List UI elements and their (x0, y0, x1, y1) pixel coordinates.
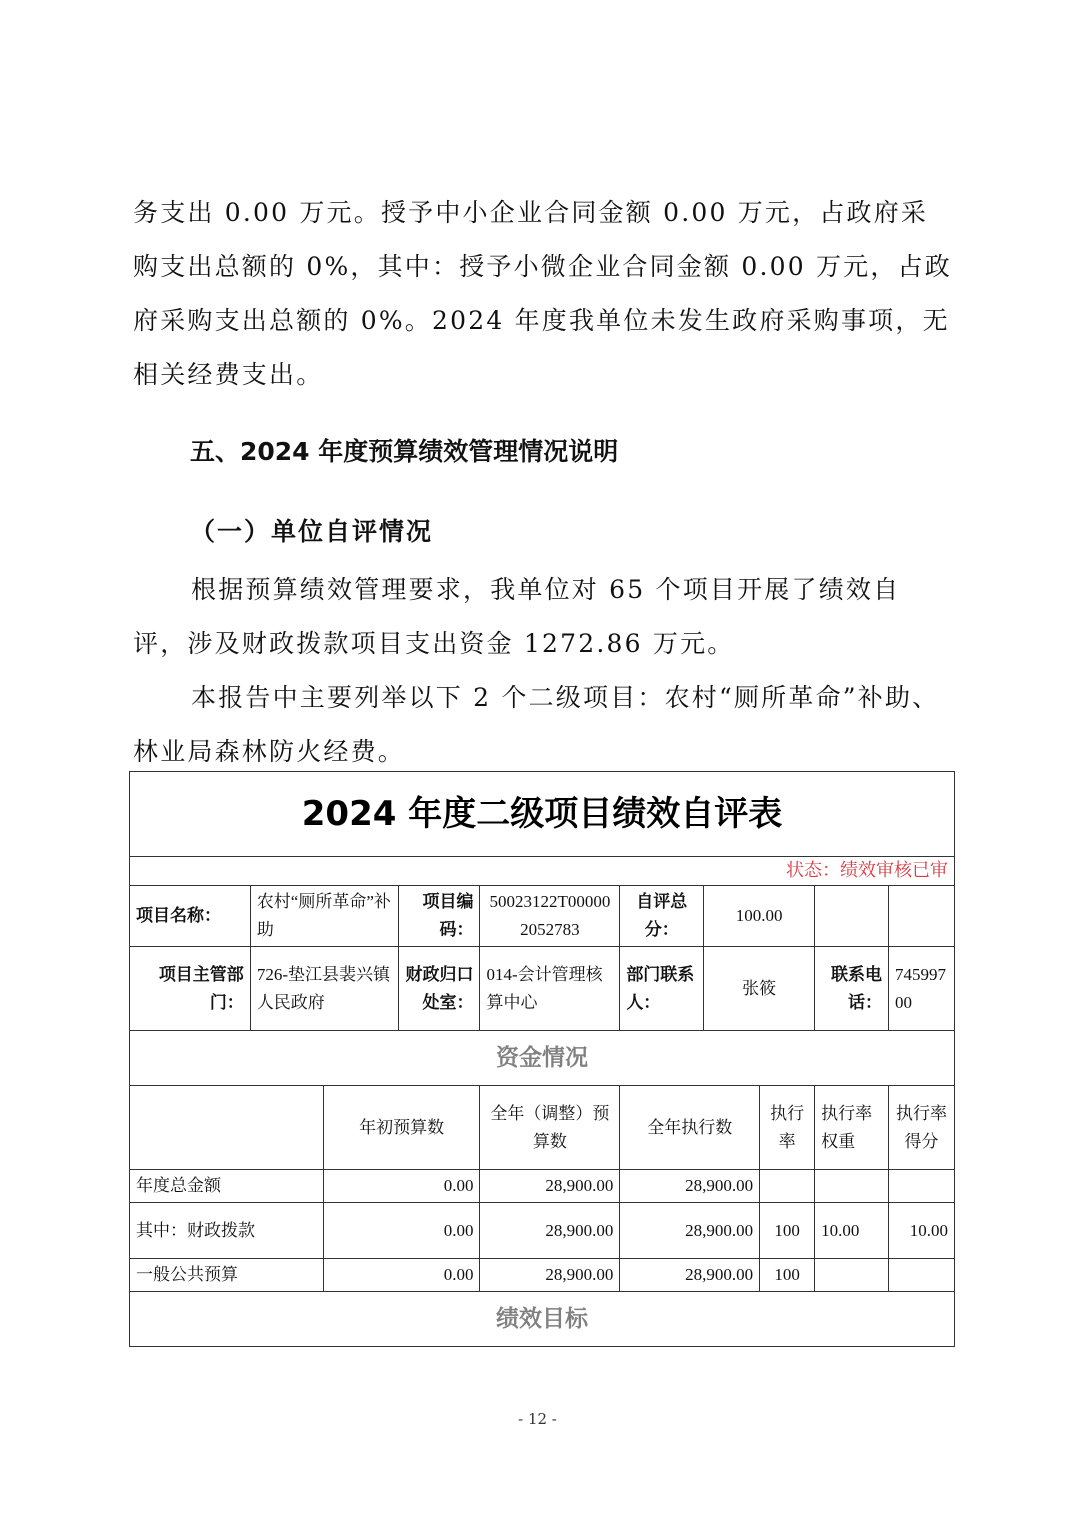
cell-score (889, 1259, 955, 1292)
project-code-label: 项目编码： (398, 886, 480, 947)
status-badge: 状态：绩效审核已审 (130, 857, 955, 886)
phone-label: 联系电话： (815, 947, 889, 1031)
cell-initial: 0.00 (323, 1203, 480, 1259)
table-row: 年度总金额 0.00 28,900.00 28,900.00 (130, 1170, 955, 1203)
body-paragraph-projects: 本报告中主要列举以下 2 个二级项目：农村“厕所革命”补助、林业局森林防火经费。 (133, 671, 953, 779)
project-code-value: 50023122T000002052783 (480, 886, 620, 947)
performance-evaluation-table: 2024 年度二级项目绩效自评表 状态：绩效审核已审 项目名称： 农村“厕所革命… (129, 771, 955, 1347)
cell-weight: 10.00 (815, 1203, 889, 1259)
table-row: 其中：财政拨款 0.00 28,900.00 28,900.00 100 10.… (130, 1203, 955, 1259)
cell-executed: 28,900.00 (620, 1259, 760, 1292)
finance-label: 财政归口处室： (398, 947, 480, 1031)
cell-score (889, 1170, 955, 1203)
dept-value: 726-垫江县裴兴镇人民政府 (250, 947, 398, 1031)
page-number: - 12 - (0, 1410, 1075, 1428)
contact-label: 部门联系人： (620, 947, 704, 1031)
empty-cell (815, 886, 889, 947)
table-title: 2024 年度二级项目绩效自评表 (130, 772, 955, 857)
cell-initial: 0.00 (323, 1170, 480, 1203)
cell-adjusted: 28,900.00 (480, 1170, 620, 1203)
goals-section-heading: 绩效目标 (130, 1292, 955, 1347)
table-row: 一般公共预算 0.00 28,900.00 28,900.00 100 (130, 1259, 955, 1292)
funds-section-heading: 资金情况 (130, 1031, 955, 1086)
cell-weight (815, 1170, 889, 1203)
phone-value: 74599700 (889, 947, 955, 1031)
row-label: 一般公共预算 (130, 1259, 324, 1292)
cell-executed: 28,900.00 (620, 1203, 760, 1259)
row-label: 其中：财政拨款 (130, 1203, 324, 1259)
funds-header-rate-weight: 执行率权重 (815, 1086, 889, 1170)
cell-adjusted: 28,900.00 (480, 1259, 620, 1292)
cell-adjusted: 28,900.00 (480, 1203, 620, 1259)
cell-executed: 28,900.00 (620, 1170, 760, 1203)
empty-cell (889, 886, 955, 947)
score-value: 100.00 (704, 886, 815, 947)
funds-header-exec-rate: 执行率 (760, 1086, 815, 1170)
finance-value: 014-会计管理核算中心 (480, 947, 620, 1031)
funds-header-adjusted-budget: 全年（调整）预算数 (480, 1086, 620, 1170)
cell-rate (760, 1170, 815, 1203)
cell-rate: 100 (760, 1259, 815, 1292)
contact-value: 张筱 (704, 947, 815, 1031)
funds-header-initial-budget: 年初预算数 (323, 1086, 480, 1170)
funds-header-blank (130, 1086, 324, 1170)
row-label: 年度总金额 (130, 1170, 324, 1203)
cell-weight (815, 1259, 889, 1292)
subsection-heading: （一）单位自评情况 (190, 512, 433, 548)
score-label: 自评总分： (620, 886, 704, 947)
body-paragraph-procurement: 务支出 0.00 万元。授予中小企业合同金额 0.00 万元，占政府采购支出总额… (133, 186, 953, 402)
dept-label: 项目主管部门： (130, 947, 251, 1031)
cell-score: 10.00 (889, 1203, 955, 1259)
project-name-label: 项目名称： (130, 886, 251, 947)
body-paragraph-self-evaluation: 根据预算绩效管理要求，我单位对 65 个项目开展了绩效自评，涉及财政拨款项目支出… (133, 563, 953, 671)
funds-header-executed: 全年执行数 (620, 1086, 760, 1170)
funds-header-rate-score: 执行率得分 (889, 1086, 955, 1170)
project-name-value: 农村“厕所革命”补助 (250, 886, 398, 947)
cell-rate: 100 (760, 1203, 815, 1259)
section-heading: 五、2024 年度预算绩效管理情况说明 (190, 432, 618, 468)
cell-initial: 0.00 (323, 1259, 480, 1292)
